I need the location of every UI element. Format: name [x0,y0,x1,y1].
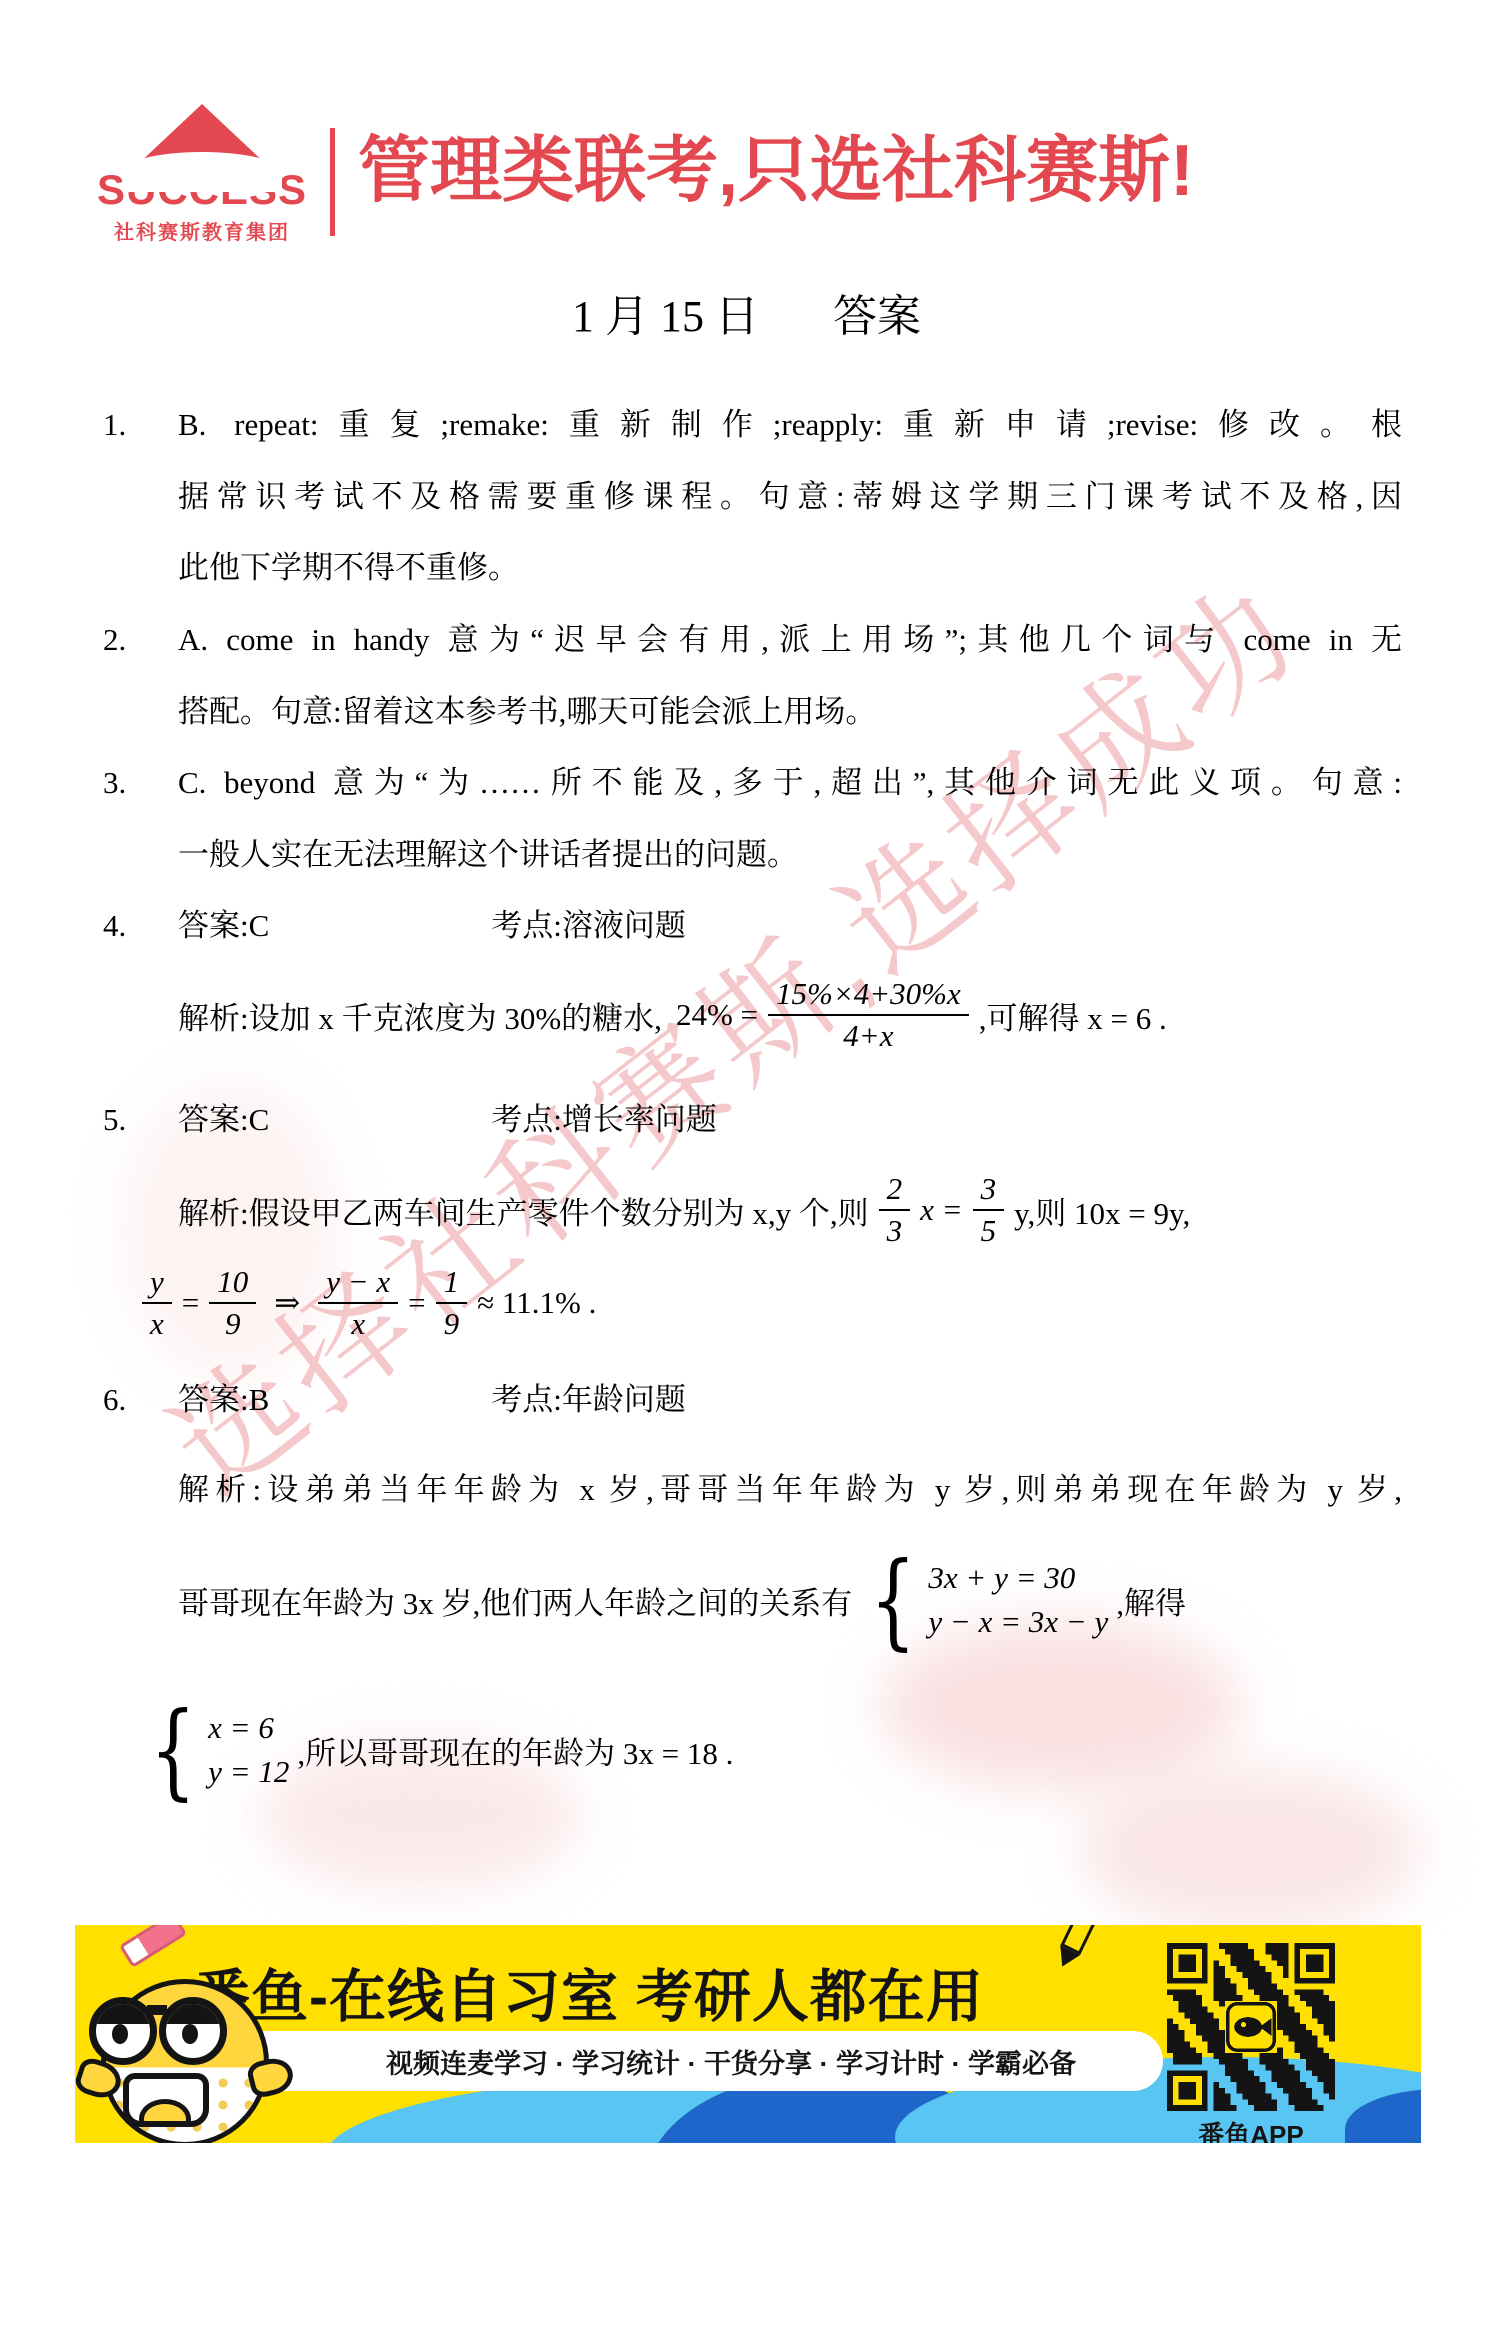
fraction: y x [142,1264,172,1341]
implies-arrow-icon: ⇒ [274,1285,300,1321]
item-number: 1. [103,403,163,447]
denominator: 4+x [835,1016,901,1054]
numerator: 10 [209,1264,256,1304]
answer-row: 答案:C考点:溶液问题 [178,904,686,948]
fraction: 3 5 [973,1171,1005,1248]
denominator: x [142,1304,172,1342]
banner-title: 番鱼-在线自习室 考研人都在用 [193,1951,984,2033]
analysis-text: ,可解得 x = 6 . [979,993,1167,1038]
header-divider [330,128,335,236]
pencil-icon [1048,1925,1108,1971]
app-promo-banner: 番鱼-在线自习室 考研人都在用 视频连麦学习 · 学习统计 · 干货分享 · 学… [75,1925,1421,2143]
pufferfish-mascot [81,1975,295,2143]
equation-text: x = [920,1192,962,1228]
fraction: y − x x [318,1264,398,1341]
answer-row: 答案:B考点:年龄问题 [178,1378,686,1422]
answer-sheet-page: SUCCESS 社科赛斯教育集团 管理类联考,只选社科赛斯! 1 月 15 日答… [0,0,1493,2345]
analysis-text: ,解得 [1116,1578,1186,1623]
banner-feature-strip: 视频连麦学习 · 学习统计 · 干货分享 · 学习计时 · 学霸必备 [203,2031,1163,2091]
denominator: 9 [217,1304,249,1342]
fraction: 15%×4+30%x 4+x [768,976,969,1053]
qr-fish-icon [1228,2004,1274,2050]
analysis-line: { x = 6 y = 12 ,所以哥哥现在的年龄为 3x = 18 . [132,1695,733,1805]
eraser-icon [119,1925,187,1968]
equation-text: = [408,1285,425,1321]
numerator: 15%×4+30%x [768,976,969,1016]
numerator: 1 [436,1264,468,1304]
analysis-line: 解析:设弟弟当年年龄为 x 岁,哥哥当年年龄为 y 岁,则弟弟现在年龄为 y 岁… [178,1468,1402,1512]
equation-system: { x = 6 y = 12 [140,1706,289,1794]
answer-line: C. beyond 意为“为……所不能及,多于,超出”,其他介词无此义项。句意: [178,761,1402,805]
fraction: 2 3 [879,1171,911,1248]
title-date: 1 月 15 日 [572,292,759,341]
answer-row: 答案:C考点:增长率问题 [178,1098,717,1142]
equation-lhs: 24% = [676,997,758,1033]
analysis-text: y,则 10x = 9y, [1014,1188,1190,1233]
system-equation: 3x + y = 30 [928,1560,1108,1596]
numerator: y [142,1264,172,1304]
item-number: 3. [103,761,163,805]
answer-label: 答案:B [178,1382,269,1417]
equation-text: ≈ 11.1% . [477,1285,596,1321]
denominator: 3 [879,1211,911,1249]
item-number: 6. [103,1378,163,1422]
answer-line: 搭配。句意:留着这本参考书,哪天可能会派上用场。 [178,690,1402,734]
analysis-line: 解析:假设甲乙两车间生产零件个数分别为 x,y 个,则 2 3 x = 3 5 … [178,1165,1190,1255]
item-number: 5. [103,1098,163,1142]
fraction: 10 9 [209,1264,256,1341]
analysis-line: 哥哥现在年龄为 3x 岁,他们两人年龄之间的关系有 { 3x + y = 30 … [178,1545,1186,1655]
header-slogan: 管理类联考,只选社科赛斯! [358,128,1428,214]
logo-roof-icon [136,104,268,166]
numerator: 2 [879,1171,911,1211]
analysis-line: y x = 10 9 ⇒ y − x x = 1 9 ≈ 11.1% . [132,1258,596,1348]
answer-line: 一般人实在无法理解这个讲话者提出的问题。 [178,833,1402,877]
topic-label: 考点:增长率问题 [491,1102,717,1137]
analysis-text: 哥哥现在年龄为 3x 岁,他们两人年龄之间的关系有 [178,1578,852,1623]
system-equation: y = 12 [208,1754,289,1790]
item-number: 4. [103,904,163,948]
equation-system: { 3x + y = 30 y − x = 3x − y [860,1556,1108,1644]
denominator: 5 [973,1211,1005,1249]
app-label: 番鱼APP [1163,2115,1339,2143]
topic-label: 考点:年龄问题 [491,1382,686,1417]
answer-label: 答案:C [178,1102,269,1137]
brace-icon: { [870,1556,916,1644]
system-equation: y − x = 3x − y [928,1604,1108,1640]
system-equation: x = 6 [208,1710,289,1746]
topic-label: 考点:溶液问题 [491,908,686,943]
analysis-text: 解析:假设甲乙两车间生产零件个数分别为 x,y 个,则 [178,1188,869,1233]
denominator: x [343,1304,373,1342]
pink-smudge [1080,1770,1420,1930]
answer-label: 答案:C [178,908,269,943]
item-number: 2. [103,618,163,662]
equation-text: = [182,1285,199,1321]
logo-subtitle: 社科赛斯教育集团 [88,216,316,245]
answer-line: B. repeat:重复;remake:重新制作;reapply:重新申请;re… [178,403,1402,447]
fraction: 1 9 [436,1264,468,1341]
qr-code [1167,1943,1335,2111]
brace-icon: { [150,1706,196,1794]
answer-line: A. come in handy 意为“迟早会有用,派上用场”;其他几个词与 c… [178,618,1402,662]
numerator: y − x [318,1264,398,1304]
banner-features: 视频连麦学习 · 学习统计 · 干货分享 · 学习计时 · 学霸必备 [386,2042,1076,2081]
answer-line: 据常识考试不及格需要重修课程。句意:蒂姆这学期三门课考试不及格,因 [178,475,1402,519]
denominator: 9 [436,1304,468,1342]
analysis-text: ,所以哥哥现在的年龄为 3x = 18 . [297,1728,733,1773]
analysis-text: 解析:设加 x 千克浓度为 30%的糖水, [178,993,662,1038]
answer-line: 此他下学期不得不重修。 [178,546,1402,590]
numerator: 3 [973,1171,1005,1211]
glasses-icon [159,1997,227,2065]
title-label: 答案 [833,292,921,341]
mouth [123,2073,209,2127]
success-logo: SUCCESS 社科赛斯教育集团 [88,104,316,245]
analysis-line: 解析:设加 x 千克浓度为 30%的糖水, 24% = 15%×4+30%x 4… [178,965,1167,1065]
page-title: 1 月 15 日答案 [0,280,1493,344]
